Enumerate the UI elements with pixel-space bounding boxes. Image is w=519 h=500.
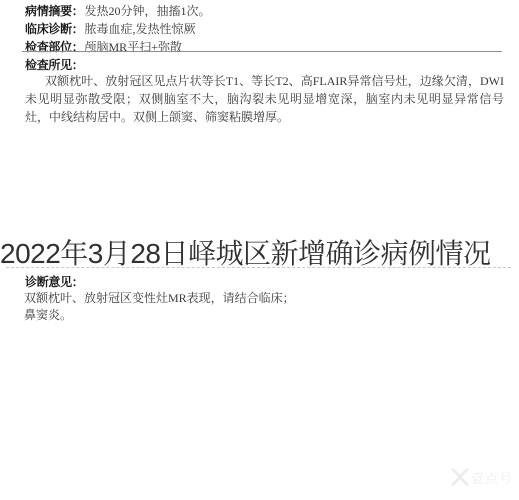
findings-section-label: 检查所见： [25,56,84,73]
field-row-summary: 病情摘要：发热20分钟，抽搐1次。 [25,4,211,18]
ribbon-logo-icon [449,466,471,488]
solid-divider [22,51,502,52]
overlay-news-title: 2022年3月28日峄城区新增确诊病例情况 [0,232,519,272]
diagnosis-section-label: 诊断意见： [25,273,84,290]
diagnosis-line: 鼻窦炎。 [24,308,72,322]
dashed-divider [6,267,511,268]
field-value-summary: 发热20分钟，抽搐1次。 [85,4,211,18]
findings-text: 双额枕叶、放射冠区见点片状等长T1、等长T2、高FLAIR异常信号灶，边缘欠清，… [25,72,504,126]
field-value-clinical-diagnosis: 脓毒血症,发热性惊厥 [85,22,196,36]
watermark: 壹点号 [449,466,513,488]
field-label-summary: 病情摘要： [25,4,84,18]
field-label-clinical-diagnosis: 临床诊断： [25,22,84,36]
watermark-text: 壹点号 [471,468,513,487]
diagnosis-line: 双额枕叶、放射冠区变性灶MR表现，请结合临床； [24,291,295,305]
field-row-clinical-diagnosis: 临床诊断：脓毒血症,发热性惊厥 [25,22,196,36]
